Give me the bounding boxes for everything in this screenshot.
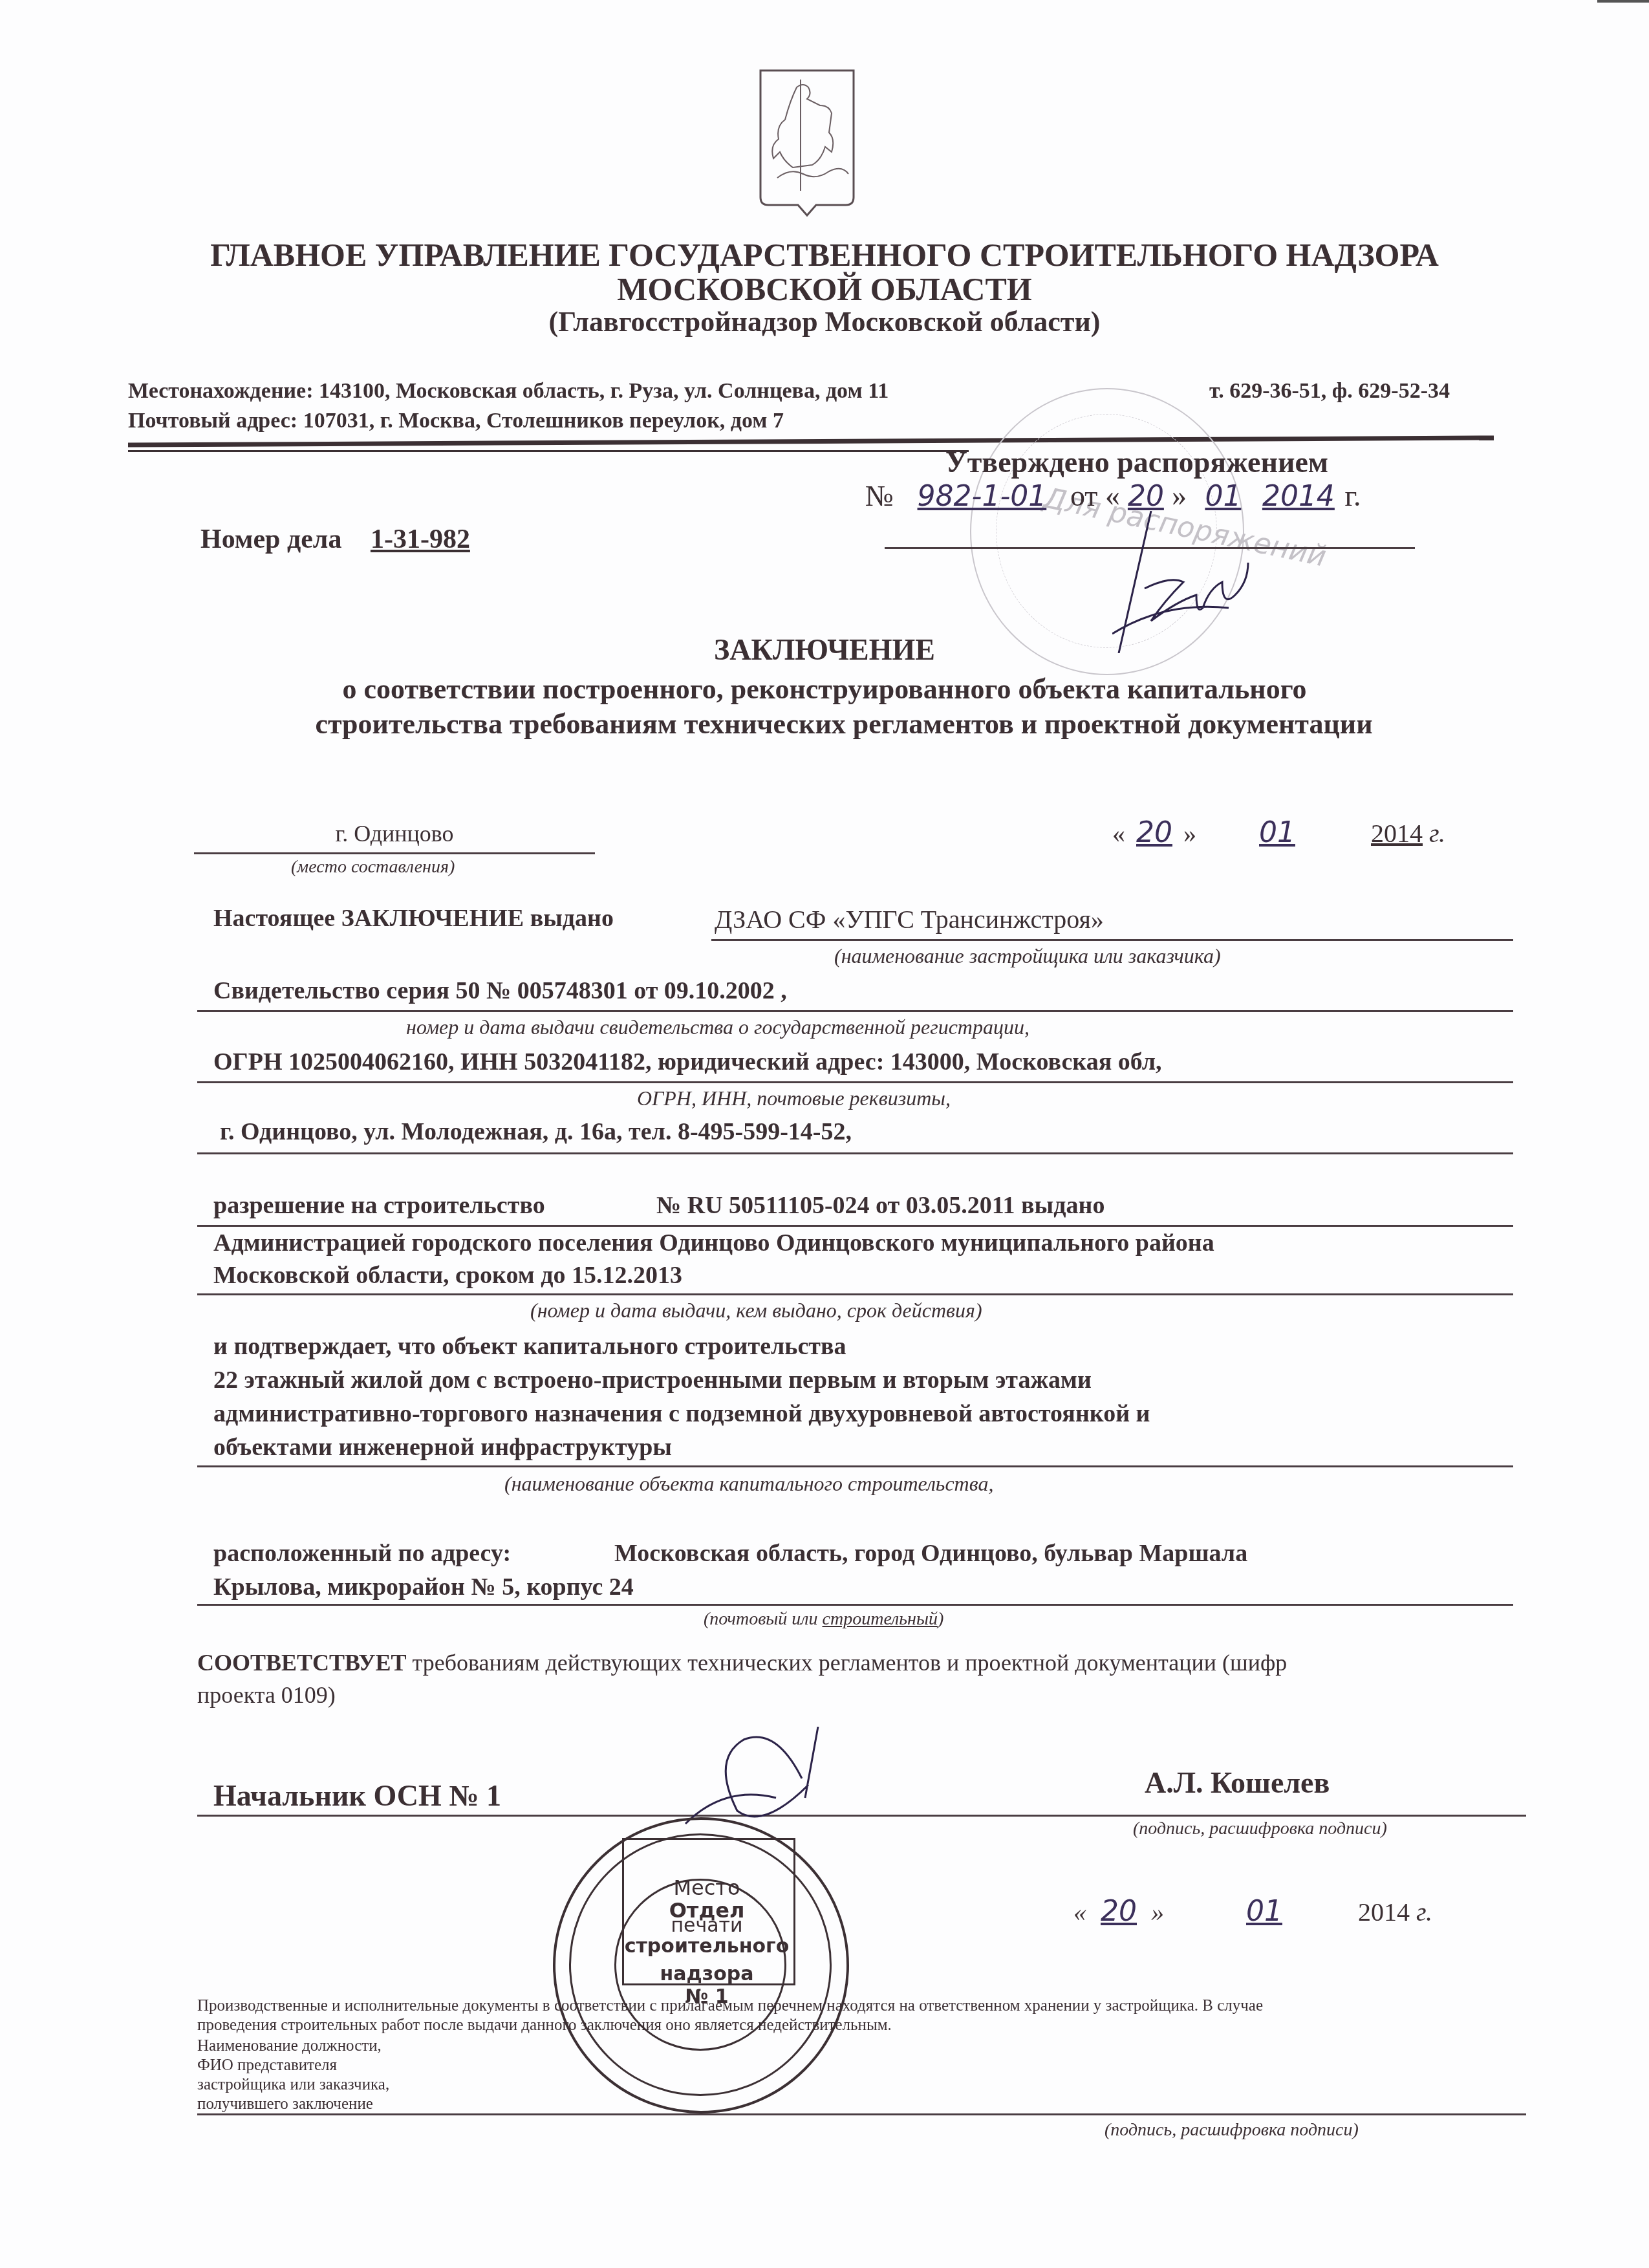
permit-validity: Московской области, сроком до 15.12.2013 bbox=[213, 1261, 682, 1290]
coat-of-arms-icon bbox=[758, 68, 856, 217]
location-address: Местонахождение: 143100, Московская обла… bbox=[128, 379, 889, 404]
issued-caption: (наименование застройщика или заказчика) bbox=[834, 944, 1221, 968]
seal-dept3: надзора bbox=[610, 1963, 804, 1985]
signature-year: 2014 bbox=[1358, 1897, 1410, 1927]
year-suffix: г. bbox=[1344, 479, 1361, 512]
permit-value: № RU 50511105-024 от 03.05.2011 выдано bbox=[656, 1191, 1105, 1220]
footer-note2: проведения строительных работ после выда… bbox=[197, 2016, 892, 2035]
legal-address-line bbox=[197, 1152, 1513, 1154]
issued-to: ДЗАО СФ «УПГС Трансинжстроя» bbox=[715, 904, 1104, 934]
case-number-row: Номер дела 1-31-982 bbox=[200, 524, 470, 555]
caption-construction: строительный bbox=[823, 1609, 938, 1629]
number-sign: № bbox=[865, 479, 894, 512]
location-caption: (почтовый или строительный) bbox=[704, 1609, 943, 1630]
approval-number: 982-1-01 bbox=[901, 480, 1062, 513]
signature-month: 01 bbox=[1170, 1895, 1358, 1928]
signature-line bbox=[197, 1815, 1526, 1817]
object-line1: 22 этажный жилой дом с встроено-пристрое… bbox=[213, 1366, 1092, 1394]
close-quote: » bbox=[1172, 479, 1187, 512]
place-caption: (место составления) bbox=[291, 857, 455, 878]
conformity-text: требованиям действующих технических регл… bbox=[407, 1650, 1288, 1676]
document-subtitle-2: строительства требованиям технических ре… bbox=[19, 707, 1649, 740]
year-suffix: г. bbox=[1416, 1897, 1432, 1927]
location-label: расположенный по адресу: bbox=[213, 1539, 511, 1568]
ogrn-caption: ОГРН, ИНН, почтовые реквизиты, bbox=[637, 1086, 951, 1110]
issue-date: «20» 01 2014 г. bbox=[1112, 816, 1445, 849]
certificate-line bbox=[197, 1010, 1513, 1012]
seal-dept2: строительного bbox=[610, 1935, 804, 1958]
approval-month: 01 bbox=[1194, 480, 1252, 513]
org-short-name: (Главгосстройнадзор Московской области) bbox=[0, 305, 1649, 338]
permit-caption: (номер и дата выдачи, кем выдано, срок д… bbox=[530, 1299, 982, 1323]
permit-label: разрешение на строительство bbox=[213, 1191, 545, 1220]
org-name-line2: МОСКОВСКОЙ ОБЛАСТИ bbox=[0, 270, 1649, 308]
footer-note1: Производственные и исполнительные докуме… bbox=[197, 1997, 1263, 2015]
rep-signature-line bbox=[197, 2113, 1526, 2115]
signature-date: «20» 012014 г. bbox=[1073, 1895, 1432, 1928]
object-intro: и подтверждает, что объект капитального … bbox=[213, 1332, 846, 1361]
org-name-line1: ГЛАВНОЕ УПРАВЛЕНИЕ ГОСУДАРСТВЕННОГО СТРО… bbox=[0, 236, 1649, 274]
rep-signature-caption: (подпись, расшифровка подписи) bbox=[1105, 2120, 1359, 2141]
conformity-line1: СООТВЕТСТВУЕТ требованиям действующих те… bbox=[197, 1649, 1287, 1676]
conformity-status: СООТВЕТСТВУЕТ bbox=[197, 1650, 407, 1676]
rep-label1: Наименование должности, bbox=[197, 2037, 382, 2055]
rep-label2: ФИО представителя bbox=[197, 2057, 337, 2075]
approval-day: 20 bbox=[1120, 480, 1172, 513]
open-quote: « bbox=[1073, 1897, 1086, 1927]
permit-line bbox=[197, 1225, 1513, 1227]
issue-year: 2014 bbox=[1371, 819, 1423, 848]
seal-place-label1: Место bbox=[610, 1875, 804, 1900]
postal-address: Почтовый адрес: 107031, г. Москва, Столе… bbox=[128, 409, 784, 433]
scan-edge bbox=[1597, 0, 1649, 3]
conformity-line2: проекта 0109) bbox=[197, 1681, 336, 1709]
location-line bbox=[197, 1604, 1513, 1606]
place: г. Одинцово bbox=[194, 820, 595, 847]
ogrn-line bbox=[197, 1081, 1513, 1083]
issue-day: 20 bbox=[1125, 816, 1183, 849]
issued-line bbox=[711, 939, 1513, 941]
seal-place-label2: печати bbox=[610, 1914, 804, 1937]
location-value1: Московская область, город Одинцово, буль… bbox=[614, 1539, 1247, 1568]
signature-day: 20 bbox=[1086, 1895, 1151, 1928]
approval-year: 2014 bbox=[1260, 480, 1337, 513]
signer-position: Начальник ОСН № 1 bbox=[213, 1778, 501, 1813]
caption-postal: (почтовый или bbox=[704, 1609, 823, 1629]
legal-address: г. Одинцово, ул. Молодежная, д. 16а, тел… bbox=[220, 1118, 852, 1146]
from-label: от « bbox=[1070, 479, 1120, 512]
permit-validity-line bbox=[197, 1293, 1513, 1295]
close-quote: » bbox=[1183, 819, 1196, 848]
certificate: Свидетельство серия 50 № 005748301 от 09… bbox=[213, 977, 787, 1005]
rep-label4: получившего заключение bbox=[197, 2095, 373, 2113]
approval-number-row: № 982-1-01 от «20» 01 2014 г. bbox=[865, 479, 1361, 513]
approval-title: Утверждено распоряжением bbox=[945, 445, 1328, 479]
open-quote: « bbox=[1112, 819, 1125, 848]
phone-fax: т. 629-36-51, ф. 629-52-34 bbox=[1209, 379, 1450, 404]
object-line2: административно-торгового назначения с п… bbox=[213, 1399, 1150, 1428]
document-subtitle-1: о соответствии построенного, реконструир… bbox=[0, 673, 1649, 706]
ogrn-inn: ОГРН 1025004062160, ИНН 5032041182, юрид… bbox=[213, 1048, 1162, 1076]
issued-label: Настоящее ЗАКЛЮЧЕНИЕ выдано bbox=[213, 904, 614, 933]
case-label: Номер дела bbox=[200, 524, 341, 554]
caption-close: ) bbox=[938, 1609, 943, 1629]
close-quote: » bbox=[1151, 1897, 1164, 1927]
permit-issuer: Администрацией городского поселения Один… bbox=[213, 1229, 1214, 1257]
year-suffix: г. bbox=[1429, 819, 1445, 848]
issue-month: 01 bbox=[1203, 816, 1352, 849]
approval-signature-icon bbox=[1112, 511, 1280, 653]
signer-name: А.Л. Кошелев bbox=[1145, 1766, 1330, 1800]
object-line3: объектами инженерной инфраструктуры bbox=[213, 1433, 672, 1462]
document-title: ЗАКЛЮЧЕНИЕ bbox=[0, 632, 1649, 667]
location-value2: Крылова, микрорайон № 5, корпус 24 bbox=[213, 1573, 634, 1601]
rep-label3: застройщика или заказчика, bbox=[197, 2076, 389, 2094]
place-line bbox=[194, 852, 595, 854]
case-number: 1-31-982 bbox=[371, 524, 470, 554]
object-line bbox=[197, 1465, 1513, 1467]
header-rule-thin bbox=[128, 450, 969, 452]
signature-caption: (подпись, расшифровка подписи) bbox=[1133, 1819, 1387, 1839]
object-caption: (наименование объекта капитального строи… bbox=[504, 1472, 993, 1496]
certificate-caption: номер и дата выдачи свидетельства о госу… bbox=[406, 1015, 1029, 1039]
